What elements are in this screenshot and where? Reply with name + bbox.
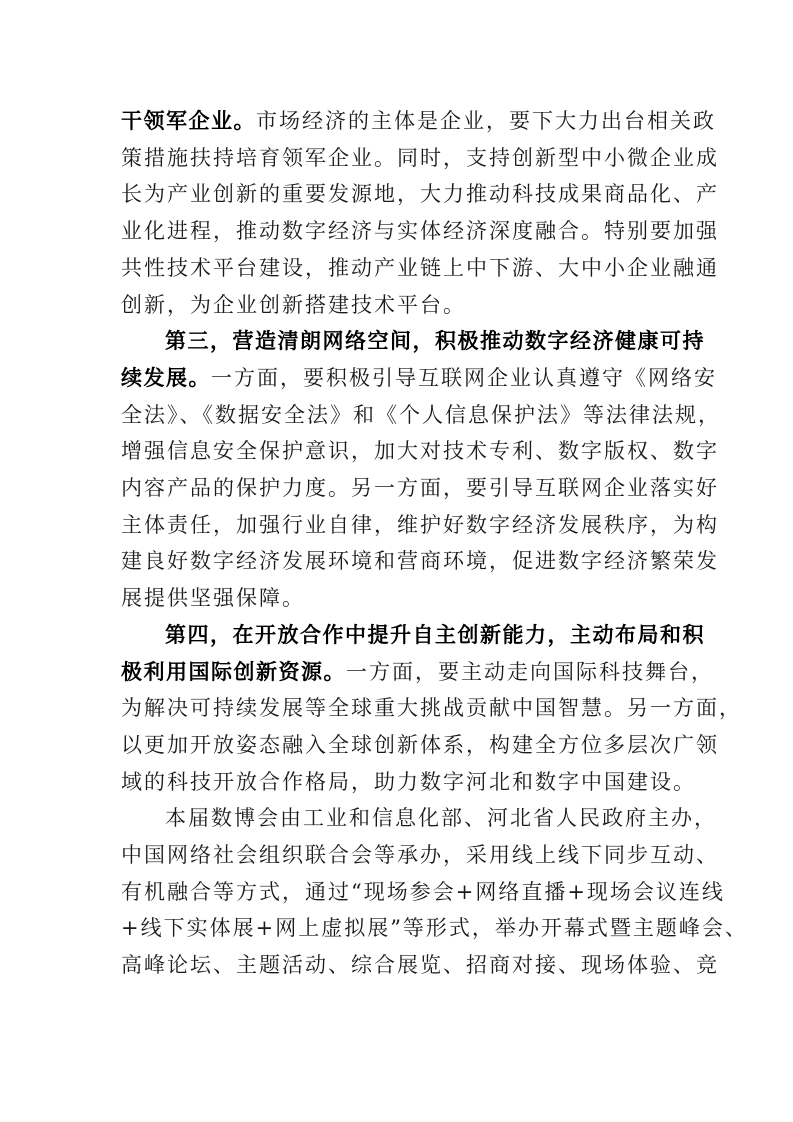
text-line: 域的科技开放合作格局，助力数字河北和数字中国建设。 — [121, 764, 677, 801]
text-line: 有机融合等方式，通过“现场参会+网络直播+现场会议连线 — [121, 874, 677, 911]
paragraph-leading-enterprises: 干领军企业。市场经济的主体是企业，要下大力出台相关政 策措施扶持培育领军企业。同… — [121, 103, 677, 323]
text-line: 长为产业创新的重要发源地，大力推动科技成果商品化、产 — [121, 176, 677, 213]
paragraph-third-point: 第三，营造清朗网络空间，积极推动数字经济健康可持 续发展。一方面，要积极引导互联… — [121, 323, 677, 617]
section-heading-third: 第三，营造清朗网络空间，积极推动数字经济健康可持 — [165, 329, 705, 353]
bold-lead-in: 极利用国际创新资源。 — [121, 660, 346, 684]
text-line: 本届数博会由工业和信息化部、河北省人民政府主办， — [121, 800, 677, 837]
text-line: 第四，在开放合作中提升自主创新能力，主动布局和积 — [121, 617, 677, 654]
text-line: 内容产品的保护力度。另一方面，要引导互联网企业落实好 — [121, 470, 677, 507]
bold-lead-in: 续发展。 — [121, 366, 211, 390]
text-line: 干领军企业。市场经济的主体是企业，要下大力出台相关政 — [121, 103, 677, 140]
text-line: 共性技术平台建设，推动产业链上中下游、大中小企业融通 — [121, 250, 677, 287]
text-line: 中国网络社会组织联合会等承办，采用线上线下同步互动、 — [121, 837, 677, 874]
text-line: 以更加开放姿态融入全球创新体系，构建全方位多层次广领 — [121, 727, 677, 764]
paragraph-expo-info: 本届数博会由工业和信息化部、河北省人民政府主办， 中国网络社会组织联合会等承办，… — [121, 800, 677, 984]
text-line: 高峰论坛、主题活动、综合展览、招商对接、现场体验、竞 — [121, 947, 677, 984]
text-line: 第三，营造清朗网络空间，积极推动数字经济健康可持 — [121, 323, 677, 360]
text-line: 建良好数字经济发展环境和营商环境，促进数字经济繁荣发 — [121, 543, 677, 580]
text-line: 策措施扶持培育领军企业。同时，支持创新型中小微企业成 — [121, 140, 677, 177]
document-page: 干领军企业。市场经济的主体是企业，要下大力出台相关政 策措施扶持培育领军企业。同… — [121, 103, 677, 984]
paragraph-fourth-point: 第四，在开放合作中提升自主创新能力，主动布局和积 极利用国际创新资源。一方面，要… — [121, 617, 677, 801]
text-line: +线下实体展+网上虚拟展”等形式，举办开幕式暨主题峰会、 — [121, 910, 677, 947]
text-line: 全法》、《数据安全法》和《个人信息保护法》等法律法规， — [121, 397, 677, 434]
section-heading-fourth: 第四，在开放合作中提升自主创新能力，主动布局和积 — [165, 623, 705, 647]
text-line: 增强信息安全保护意识，加大对技术专利、数字版权、数字 — [121, 433, 677, 470]
text-line: 主体责任，加强行业自律，维护好数字经济发展秩序，为构 — [121, 507, 677, 544]
bold-lead-in: 干领军企业。 — [121, 109, 256, 133]
text-line: 续发展。一方面，要积极引导互联网企业认真遵守《网络安 — [121, 360, 677, 397]
text-line: 创新，为企业创新搭建技术平台。 — [121, 287, 677, 324]
text-line: 业化进程，推动数字经济与实体经济深度融合。特别要加强 — [121, 213, 677, 250]
text-line: 极利用国际创新资源。一方面，要主动走向国际科技舞台， — [121, 654, 677, 691]
text-line: 展提供坚强保障。 — [121, 580, 677, 617]
text-line: 为解决可持续发展等全球重大挑战贡献中国智慧。另一方面， — [121, 690, 677, 727]
